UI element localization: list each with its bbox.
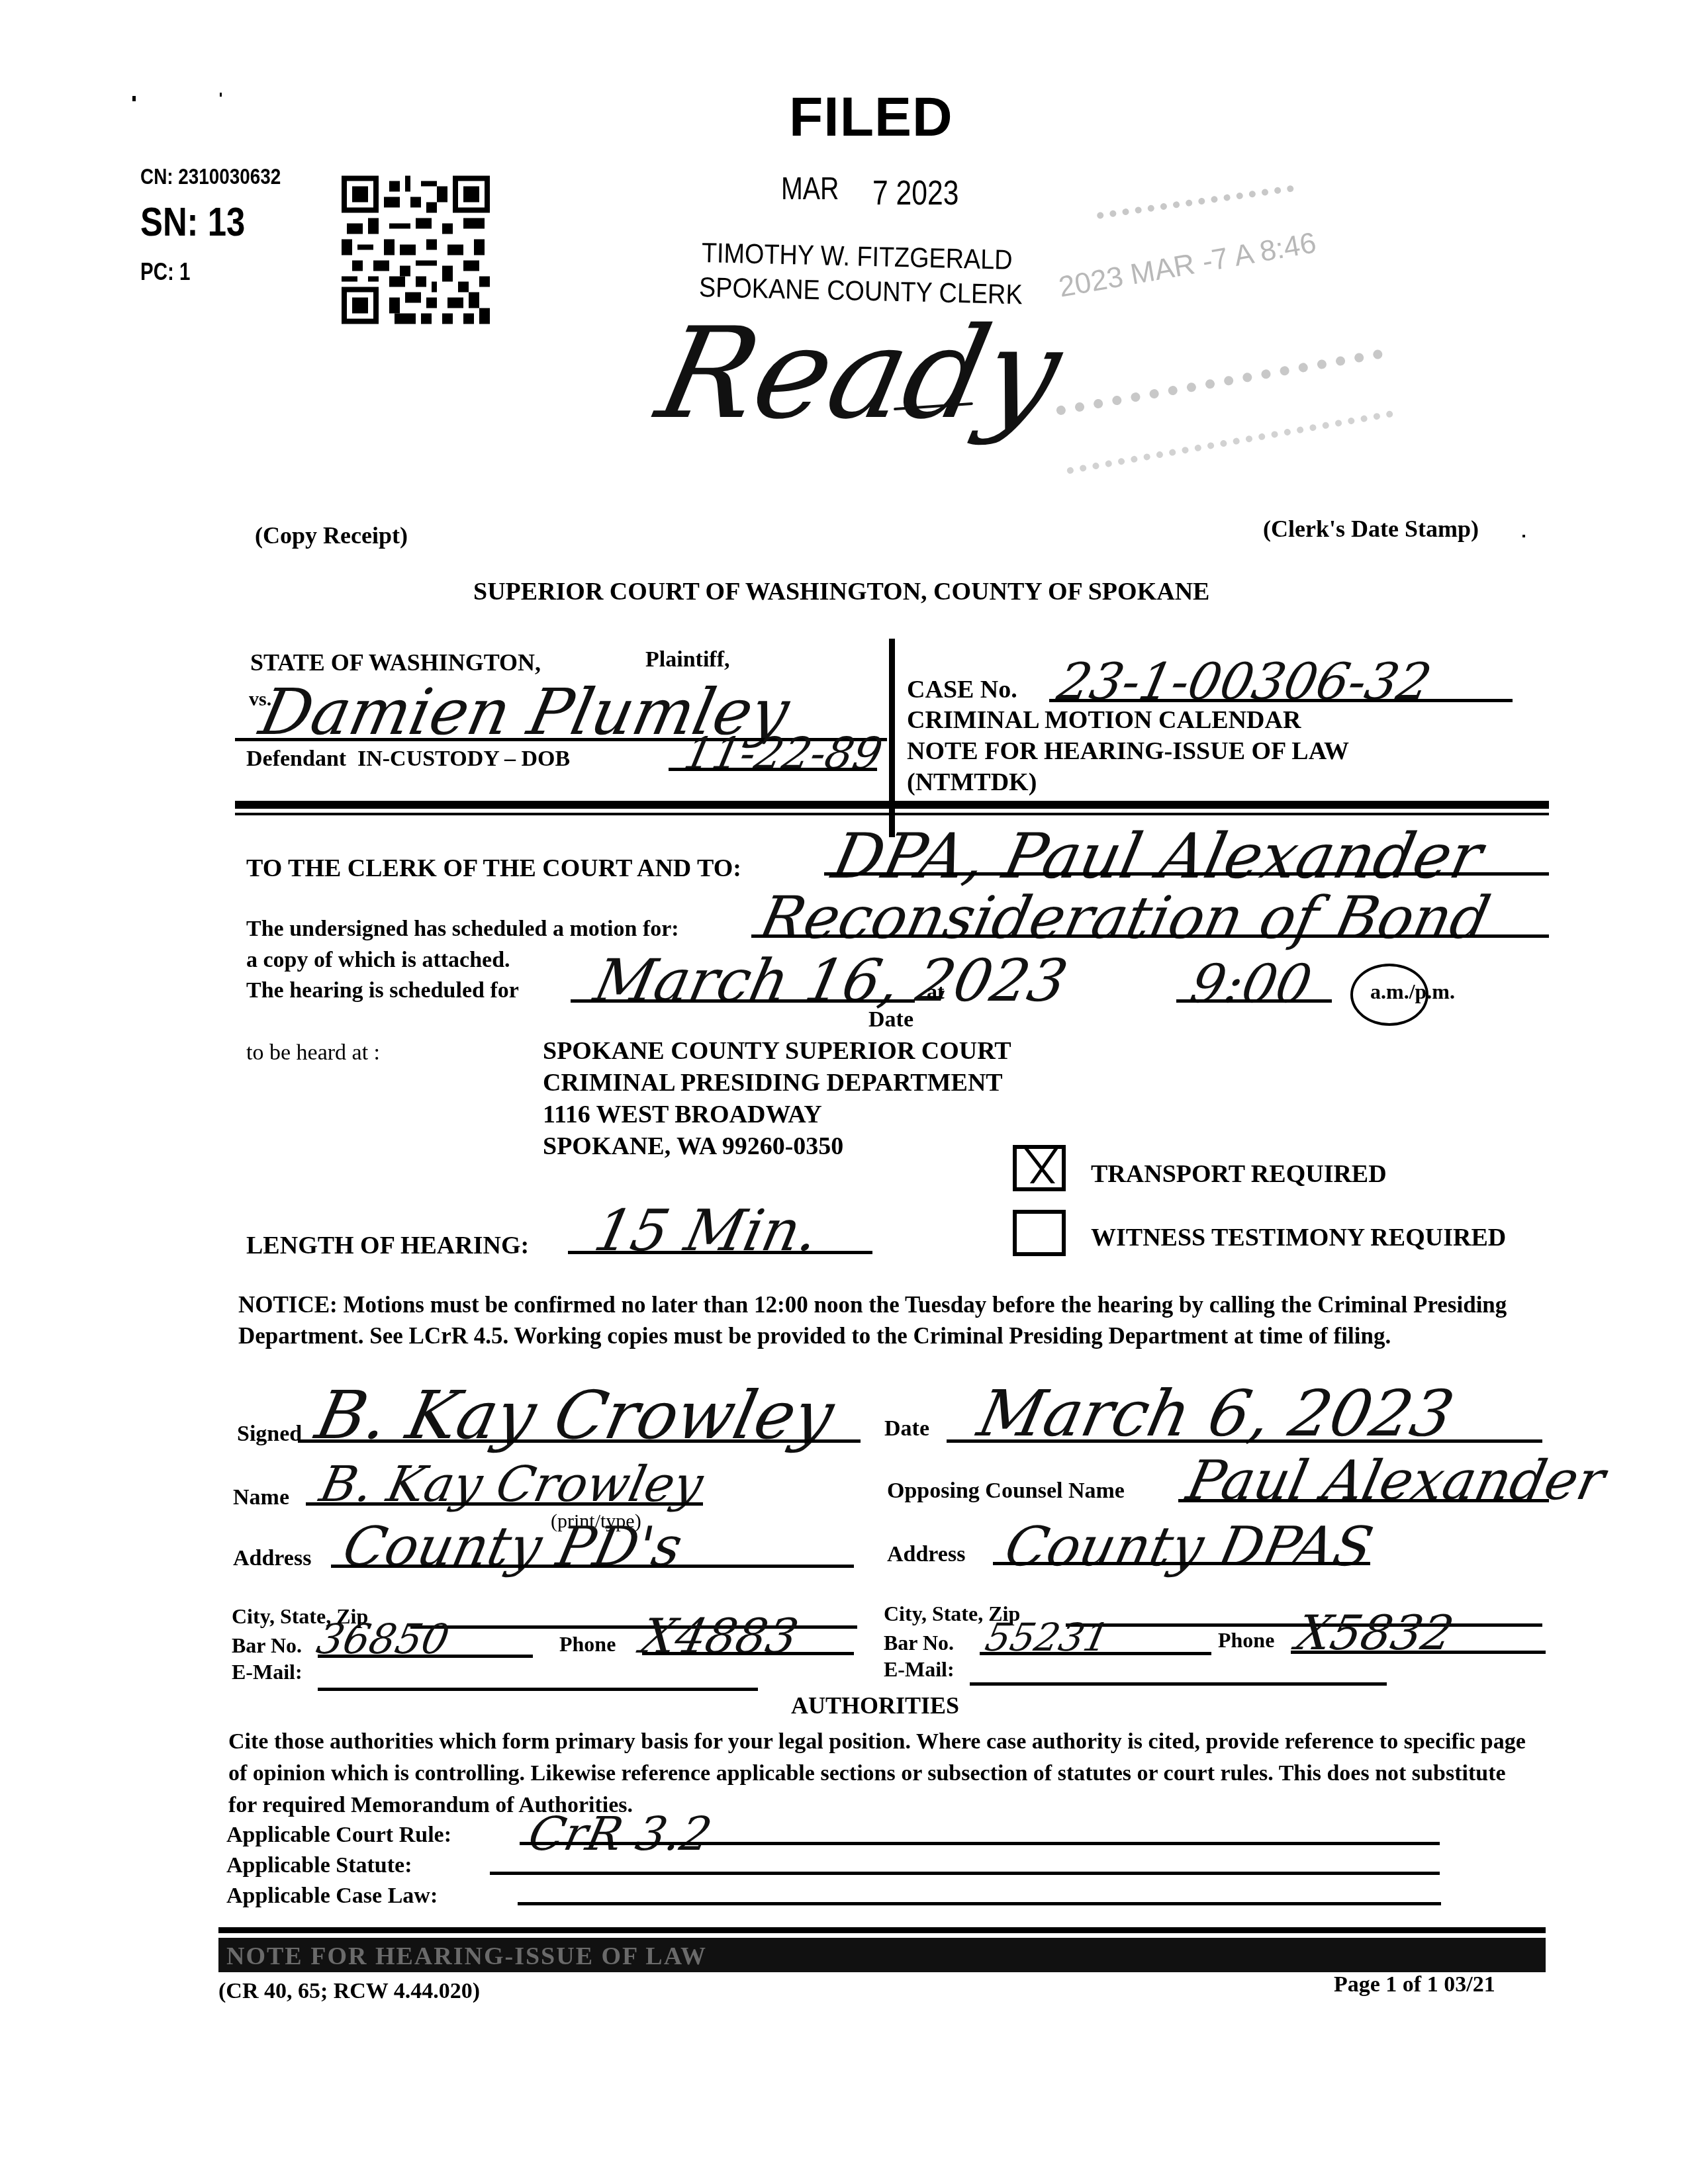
address-value: County PD's [338,1516,688,1578]
signed-label: Signed [237,1422,302,1447]
transport-required-label: TRANSPORT REQUIRED [1091,1160,1387,1189]
opposing-counsel-label: Opposing Counsel Name [887,1479,1125,1504]
scan-speck [220,93,222,97]
qr-code-icon [342,175,490,324]
length-of-hearing-value: 15 Min. [588,1198,824,1264]
opposing-address-value: County DPAS [1000,1516,1378,1578]
phone-value: X4883 [636,1608,803,1664]
clerk-date-stamp-label: (Clerk's Date Stamp) [1263,515,1479,543]
location-line-4: SPOKANE, WA 99260-0350 [543,1132,843,1161]
copy-receipt-label: (Copy Receipt) [255,522,408,549]
caption-bottom-rule-thin [235,813,1549,815]
at-label: at [927,979,945,1004]
opposing-phone-label: Phone [1218,1628,1274,1653]
dob-value: 11-22-89 [680,728,887,779]
case-law-line [518,1902,1441,1905]
footer-citation: (CR 40, 65; RCW 4.44.020) [218,1979,480,2004]
location-line-2: CRIMINAL PRESIDING DEPARTMENT [543,1068,1003,1097]
scan-speck [1522,535,1525,537]
faded-stamp-block-bottom [1056,349,1393,474]
opposing-phone-line [1291,1651,1546,1654]
pc-number: PC: 1 [140,258,190,286]
case-law-label: Applicable Case Law: [226,1884,438,1909]
cn-number: CN: 2310030632 [140,164,281,190]
to-clerk-label: TO THE CLERK OF THE COURT AND TO: [246,854,741,883]
handwritten-ready-note: Ready [649,311,1071,437]
case-no-label: CASE No. [907,675,1017,704]
witness-testimony-checkbox[interactable] [1013,1210,1066,1256]
hearing-time-line [1176,999,1332,1003]
signature-line [298,1439,861,1443]
defendant-label: Defendant [246,747,346,772]
email-line [318,1688,758,1691]
phone-line [642,1652,854,1655]
motion-value: Reconsideration of Bond [754,884,1496,952]
dob-line [669,768,877,771]
hearing-date-value: March 16, 2023 [588,946,1073,1015]
court-rule-label: Applicable Court Rule: [226,1823,451,1848]
phone-label: Phone [559,1632,616,1657]
transport-required-checkbox[interactable] [1013,1145,1066,1191]
opposing-counsel-value: Paul Alexander [1182,1449,1611,1512]
opposing-bar-no-label: Bar No. [884,1631,954,1655]
footer-title-bar: NOTE FOR HEARING-ISSUE OF LAW [218,1938,1546,1972]
filed-stamp-title: FILED [789,85,953,149]
sign-date-label: Date [884,1416,929,1441]
email-label: E-Mail: [232,1660,303,1684]
authorities-instructions: Cite those authorities which form primar… [228,1726,1526,1821]
document-code-label: (NTMTDK) [907,768,1037,797]
checkmark-x-icon [1017,1145,1062,1183]
document-type-label: NOTE FOR HEARING-ISSUE OF LAW [907,737,1349,766]
motion-line [751,934,1549,938]
date-caption: Date [868,1007,913,1032]
authorities-title: AUTHORITIES [791,1692,959,1719]
opposing-bar-no-line [980,1652,1211,1655]
court-rule-line [520,1842,1440,1845]
opposing-address-label: Address [887,1542,965,1567]
notice-text: NOTICE: Motions must be confirmed no lat… [238,1289,1552,1351]
case-no-line [1049,699,1513,702]
motion-label: The undersigned has scheduled a motion f… [246,917,679,942]
filed-stamp-day-year: 7 2023 [872,173,958,213]
statute-label: Applicable Statute: [226,1853,412,1878]
heard-at-label: to be heard at : [246,1040,380,1066]
custody-label: IN-CUSTODY – DOB [357,747,570,772]
to-party-value: DPA, Paul Alexander [826,821,1488,893]
location-line-1: SPOKANE COUNTY SUPERIOR COURT [543,1036,1011,1066]
court-title: SUPERIOR COURT OF WASHINGTON, COUNTY OF … [473,577,1209,606]
address-label: Address [233,1546,311,1571]
footer-bar-text: NOTE FOR HEARING-ISSUE OF LAW [226,1942,707,1971]
caption-bottom-rule [235,801,1549,809]
sign-date-line [947,1439,1542,1443]
hearing-scheduled-label: The hearing is scheduled for [246,978,519,1003]
attached-label: a copy of which is attached. [246,948,510,973]
name-line [306,1502,703,1506]
footer-top-rule [218,1927,1546,1933]
statute-line [490,1872,1440,1875]
sn-number: SN: 13 [140,199,245,246]
scan-speck [132,96,136,101]
court-rule-value: CrR 3.2 [524,1807,716,1861]
opposing-counsel-line [1178,1499,1549,1502]
address-line [331,1565,854,1568]
hearing-date-line [571,999,915,1003]
bar-no-label: Bar No. [232,1633,302,1658]
am-selected-circle [1350,964,1428,1026]
location-line-3: 1116 WEST BROADWAY [543,1100,822,1129]
clerk-name: TIMOTHY W. FITZGERALD [702,237,1013,276]
footer-page-info: Page 1 of 1 03/21 [1334,1972,1495,1997]
to-party-line [824,872,1549,876]
opposing-email-label: E-Mail: [884,1657,955,1682]
name-label: Name [233,1485,289,1510]
opposing-email-line [970,1682,1387,1686]
plaintiff-label: Plaintiff, [645,647,729,672]
length-of-hearing-line [568,1251,872,1254]
hearing-time-value: 9:00 [1185,953,1317,1015]
plaintiff-name: STATE OF WASHINGTON, [250,649,541,676]
filed-stamp-month: MAR [781,171,839,207]
calendar-label: CRIMINAL MOTION CALENDAR [907,705,1301,735]
length-of-hearing-label: LENGTH OF HEARING: [246,1231,529,1260]
opposing-address-line [993,1562,1370,1565]
witness-testimony-label: WITNESS TESTIMONY REQUIRED [1091,1223,1506,1252]
bar-no-line [318,1655,533,1658]
